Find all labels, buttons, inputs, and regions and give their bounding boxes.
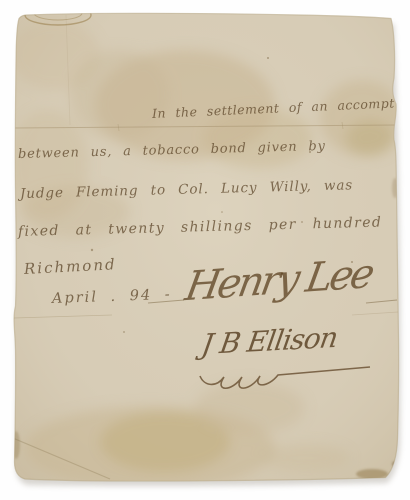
document-photo: In the settlement of an accompt between … — [0, 0, 410, 500]
paper-graphic — [0, 0, 410, 500]
